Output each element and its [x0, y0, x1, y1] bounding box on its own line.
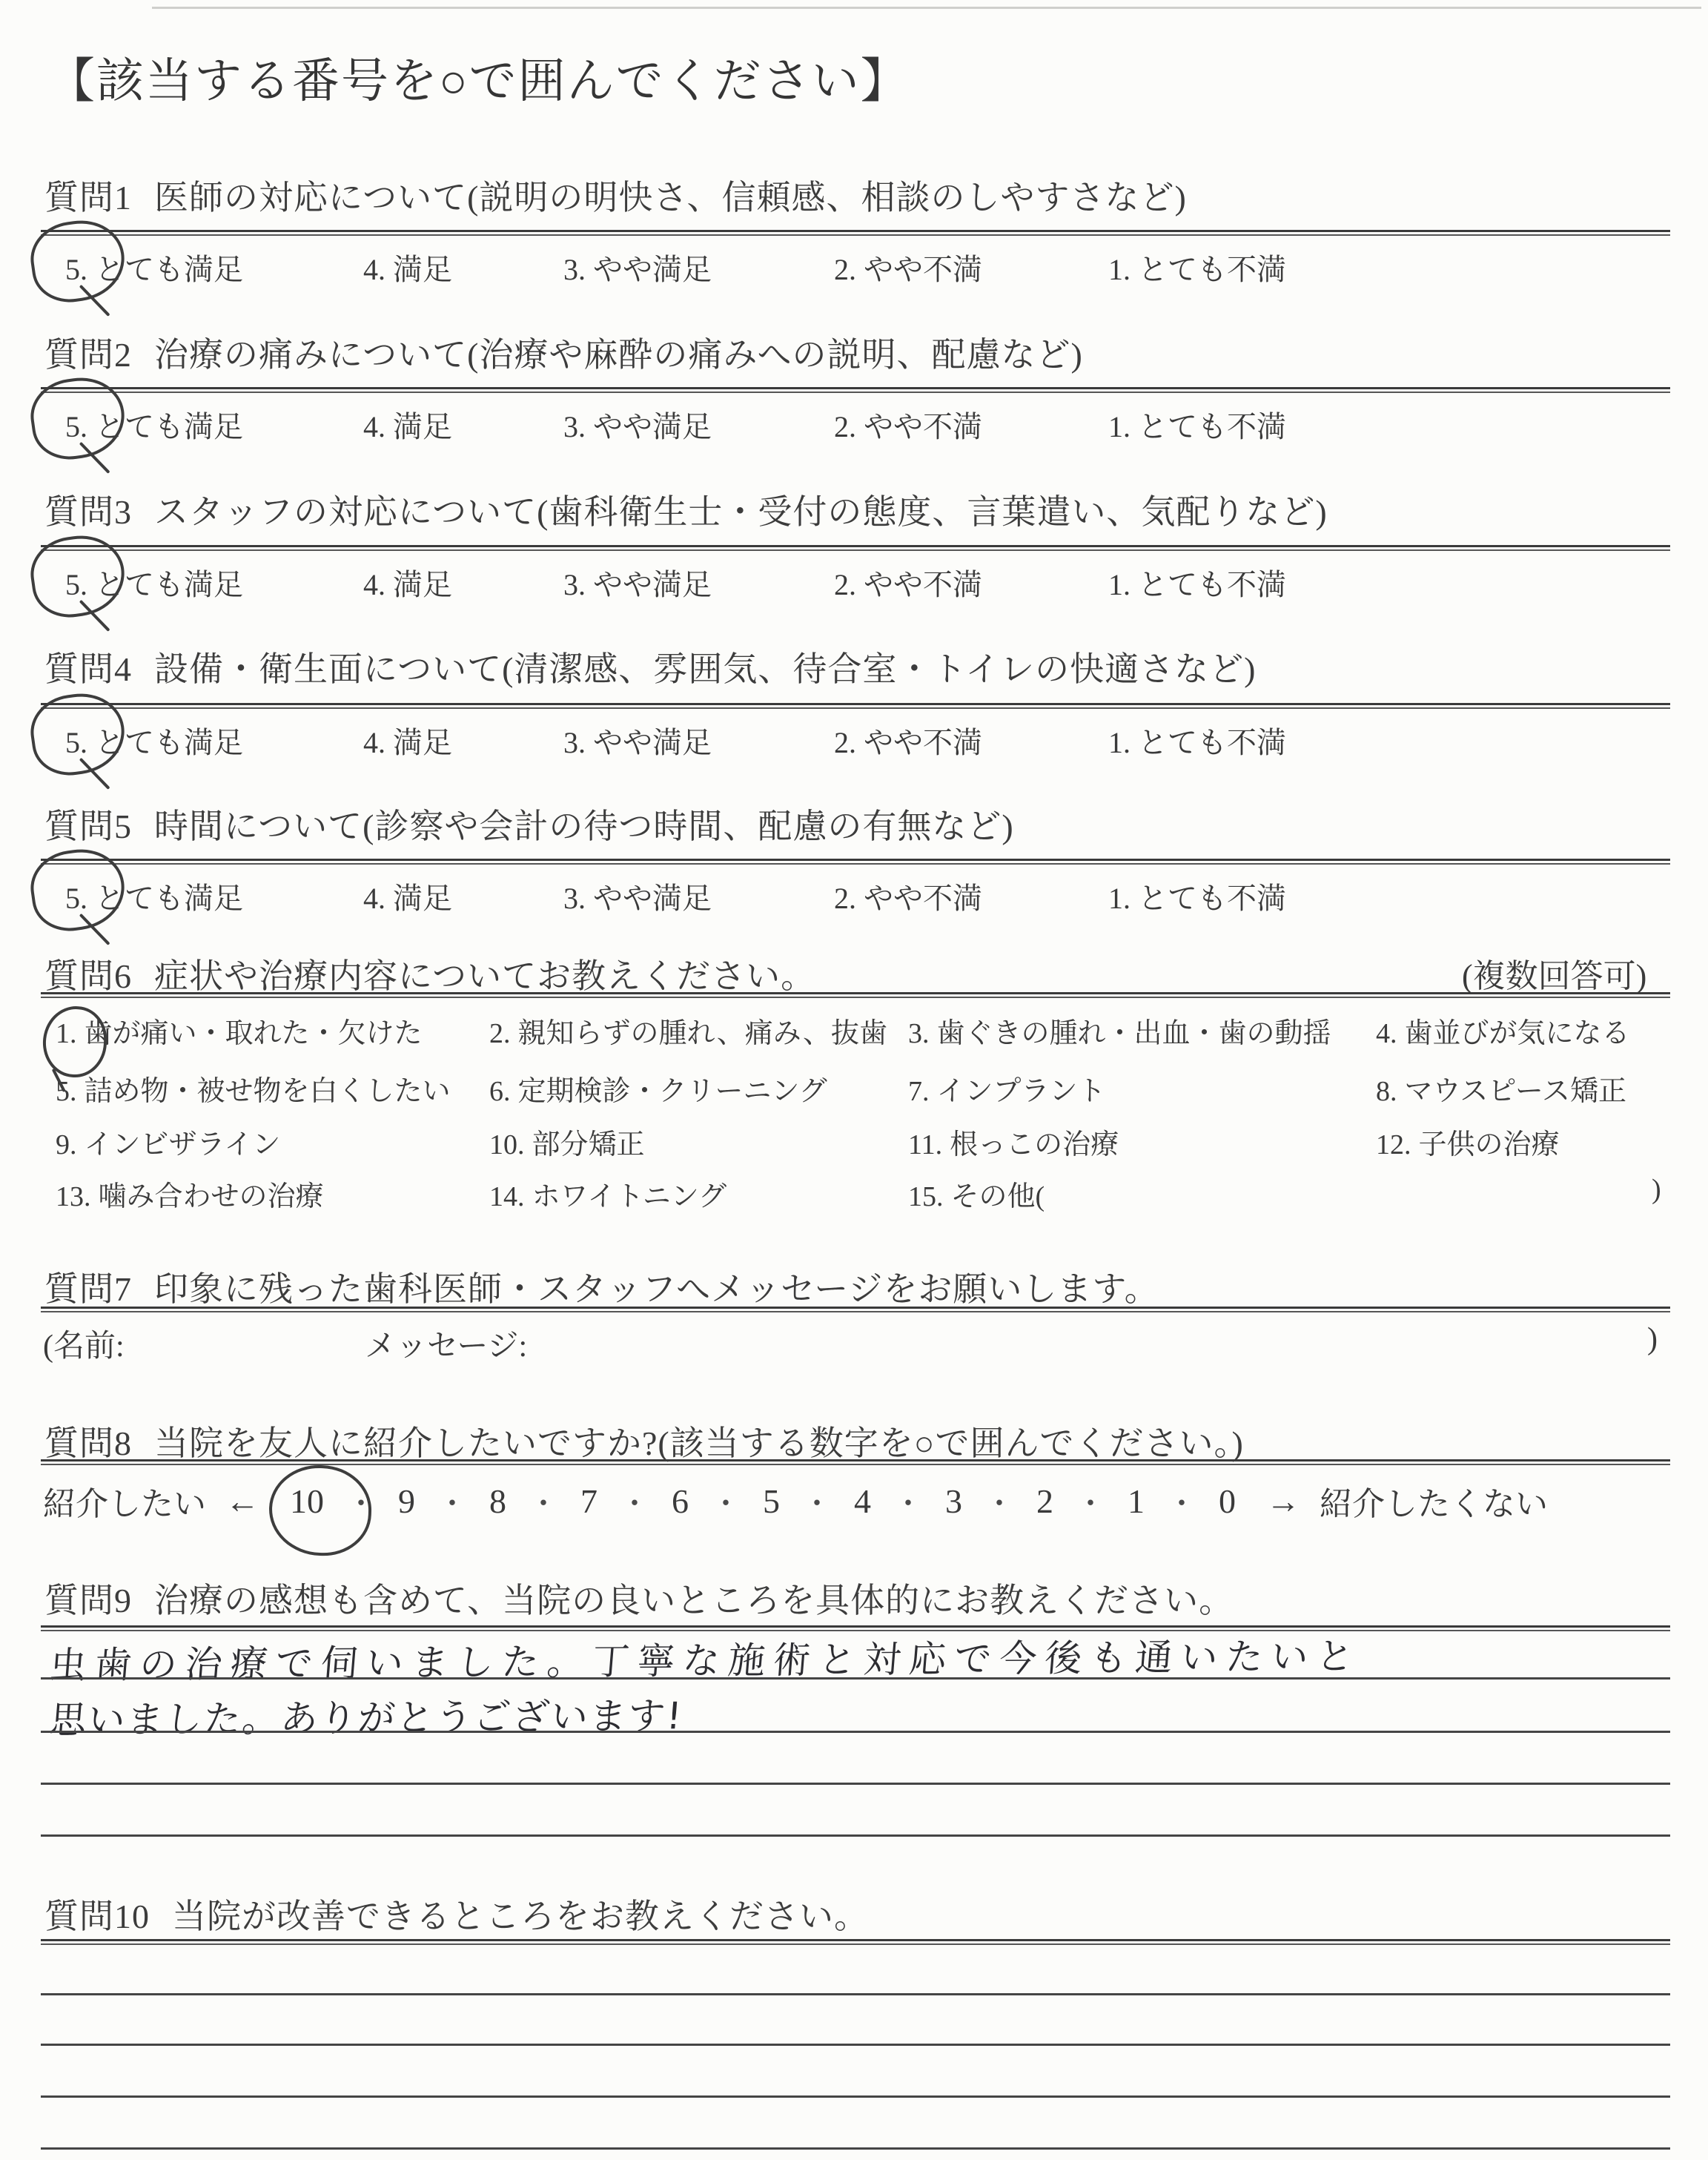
nps-scale-row: 紹介したい ← 10 ・ 9 ・ 8 ・ 7 ・ 6 ・ 5 ・ 4 ・ 3 ・… [43, 1477, 1548, 1525]
q6-option-2: 2.親知らずの腫れ、痛み、抜歯 [489, 1010, 887, 1051]
answer-line [41, 1731, 1670, 1733]
divider-q7 [41, 1307, 1670, 1312]
divider-q10 [41, 1939, 1670, 1945]
q3-option-2: 2.やや不満 [834, 561, 982, 604]
right-arrow-icon: → [1266, 1482, 1300, 1521]
q3-option-1: 1.とても不満 [1108, 561, 1286, 604]
question-8-text: 当院を友人に紹介したいですか?(該当する数字を○で囲んでください。) [154, 1424, 1244, 1462]
q6-option-10: 10.部分矯正 [489, 1121, 645, 1162]
name-field-label: (名前: [43, 1321, 125, 1366]
q4-option-4: 4.満足 [363, 719, 452, 762]
question-4-number: 質問4 [44, 650, 132, 688]
question-3-options: 5.とても満足 4.満足 3.やや満足 2.やや不満 1.とても不満 [41, 561, 1670, 604]
q2-option-1: 1.とても不満 [1108, 403, 1286, 446]
q6-option-7: 7.インプラント [908, 1068, 1106, 1109]
question-3-text: スタッフの対応について(歯科衛生士・受付の態度、言葉遣い、気配りなど) [154, 493, 1328, 531]
q2-option-5: 5.とても満足 [65, 403, 243, 446]
scale-dot: ・ [437, 1480, 467, 1522]
q5-option-2: 2.やや不満 [834, 875, 982, 917]
scale-dot: ・ [984, 1480, 1014, 1522]
question-10-text: 当院が改善できるところをお教えください。 [172, 1898, 869, 1935]
question-4-options: 5.とても満足 4.満足 3.やや満足 2.やや不満 1.とても不満 [41, 719, 1670, 762]
scale-dot: ・ [620, 1480, 649, 1522]
q7-answer-row: (名前: メッセージ: ) [0, 1321, 1708, 1366]
answer-line [41, 1677, 1670, 1680]
answer-line [41, 2044, 1670, 2046]
question-9-number: 質問9 [44, 1582, 132, 1619]
divider-q8 [41, 1459, 1670, 1465]
divider-q2 [41, 387, 1670, 393]
question-8-title: 質問8当院を友人に紹介したいですか?(該当する数字を○で囲んでください。) [44, 1416, 1244, 1465]
scale-right-label: 紹介したくない [1320, 1477, 1548, 1525]
answer-line [41, 2095, 1670, 2098]
q6-option-8: 8.マウスピース矯正 [1376, 1068, 1626, 1109]
scale-3: 3 [945, 1482, 962, 1521]
question-5-options: 5.とても満足 4.満足 3.やや満足 2.やや不満 1.とても不満 [41, 875, 1670, 918]
q4-option-1: 1.とても不満 [1108, 719, 1286, 762]
q2-option-4: 4.満足 [363, 403, 452, 446]
question-1-options: 5.とても満足 4.満足 3.やや満足 2.やや不満 1.とても不満 [41, 246, 1670, 289]
question-5-title: 質問5時間について(診察や会計の待つ時間、配慮の有無など) [44, 799, 1014, 848]
scale-dot: ・ [1167, 1480, 1196, 1522]
q5-option-1: 1.とても不満 [1108, 875, 1286, 917]
scale-7: 7 [580, 1482, 598, 1521]
q6-option-13: 13.噛み合わせの治療 [56, 1173, 324, 1214]
q4-option-5: 5.とても満足 [65, 719, 243, 762]
q6-other-close-paren: ) [1652, 1173, 1661, 1206]
message-field-label: メッセージ: [365, 1321, 527, 1366]
divider-q3 [41, 545, 1670, 551]
divider-q6 [41, 992, 1670, 998]
q3-option-5: 5.とても満足 [65, 561, 243, 604]
handwritten-answer-line-2: 思いました。ありがとうございます! [47, 1686, 685, 1744]
q4-option-2: 2.やや不満 [834, 719, 982, 762]
question-8-number: 質問8 [44, 1424, 132, 1462]
q6-option-14: 14.ホワイトニング [489, 1173, 726, 1214]
question-2-text: 治療の痛みについて(治療や麻酔の痛みへの説明、配慮など) [154, 336, 1083, 374]
scale-dot: ・ [802, 1480, 832, 1522]
question-3-title: 質問3スタッフの対応について(歯科衛生士・受付の態度、言葉遣い、気配りなど) [44, 485, 1328, 534]
question-6-number: 質問6 [44, 957, 132, 995]
close-paren: ) [1647, 1321, 1658, 1357]
question-6-text: 症状や治療内容についてお教えください。 [154, 957, 815, 995]
left-arrow-icon: ← [225, 1482, 259, 1521]
q1-option-3: 3.やや満足 [563, 246, 712, 288]
question-7-text: 印象に残った歯科医師・スタッフへメッセージをお願いします。 [154, 1270, 1159, 1308]
answer-line [41, 1834, 1670, 1837]
q6-option-3: 3.歯ぐきの腫れ・出血・歯の動揺 [908, 1010, 1331, 1051]
answer-line [41, 1783, 1670, 1785]
q6-option-11: 11.根っこの治療 [908, 1121, 1119, 1162]
q6-option-9: 9.インビザライン [56, 1121, 280, 1162]
answer-line [41, 1993, 1670, 1995]
scale-dot: ・ [711, 1480, 741, 1522]
scale-6: 6 [672, 1482, 689, 1521]
scale-0: 0 [1219, 1482, 1236, 1521]
question-2-title: 質問2治療の痛みについて(治療や麻酔の痛みへの説明、配慮など) [44, 328, 1083, 377]
q1-option-5: 5.とても満足 [65, 246, 243, 288]
question-1-title: 質問1医師の対応について(説明の明快さ、信頼感、相談のしやすさなど) [44, 171, 1187, 219]
question-7-number: 質問7 [44, 1270, 132, 1308]
question-10-title: 質問10当院が改善できるところをお教えください。 [44, 1889, 869, 1938]
divider-q1 [41, 230, 1670, 236]
question-5-text: 時間について(診察や会計の待つ時間、配慮の有無など) [154, 807, 1014, 845]
q5-option-3: 3.やや満足 [563, 875, 712, 917]
handwritten-answer-line-1: 虫歯の治療で伺いました。丁寧な施術と対応で今後も通いたいと [47, 1627, 1364, 1689]
question-1-text: 医師の対応について(説明の明快さ、信頼感、相談のしやすさなど) [154, 179, 1187, 217]
q3-option-3: 3.やや満足 [563, 561, 712, 604]
q1-option-1: 1.とても不満 [1108, 246, 1286, 288]
scale-10: 10 [290, 1482, 324, 1521]
option-label: とても満足 [95, 253, 243, 286]
scale-9: 9 [398, 1482, 415, 1521]
q6-option-6: 6.定期検診・クリーニング [489, 1068, 827, 1109]
q1-option-4: 4.満足 [363, 246, 452, 288]
question-3-number: 質問3 [44, 493, 132, 531]
scale-left-label: 紹介したい [43, 1477, 206, 1525]
option-number: 5. [65, 253, 87, 286]
q1-option-2: 2.やや不満 [834, 246, 982, 288]
q3-option-4: 4.満足 [363, 561, 452, 604]
question-2-number: 質問2 [44, 336, 132, 374]
q6-option-12: 12.子供の治療 [1376, 1121, 1560, 1162]
q6-option-5: 5.詰め物・被せ物を白くしたい [56, 1068, 451, 1109]
scale-8: 8 [489, 1482, 506, 1521]
scale-dot: ・ [1076, 1480, 1105, 1522]
scale-4: 4 [854, 1482, 871, 1521]
scale-dot: ・ [529, 1480, 558, 1522]
q5-option-5: 5.とても満足 [65, 875, 243, 917]
scale-2: 2 [1036, 1482, 1053, 1521]
form-instruction-title: 【該当する番号を○で囲んでください】 [47, 43, 910, 111]
q6-option-15: 15.その他( [908, 1173, 1045, 1214]
question-5-number: 質問5 [44, 807, 132, 845]
q2-option-2: 2.やや不満 [834, 403, 982, 446]
scale-5: 5 [763, 1482, 780, 1521]
question-4-text: 設備・衛生面について(清潔感、雰囲気、待合室・トイレの快適さなど) [154, 650, 1256, 688]
q5-option-4: 4.満足 [363, 875, 452, 917]
question-6-title: 質問6症状や治療内容についてお教えください。 [44, 949, 815, 998]
q2-option-3: 3.やや満足 [563, 403, 712, 446]
scale-dot: ・ [346, 1480, 376, 1522]
answer-line [41, 2147, 1670, 2150]
question-2-options: 5.とても満足 4.満足 3.やや満足 2.やや不満 1.とても不満 [41, 403, 1670, 446]
scan-edge-artifact [152, 7, 1701, 9]
question-9-title: 質問9治療の感想も含めて、当院の良いところを具体的にお教えください。 [44, 1573, 1234, 1622]
question-7-title: 質問7印象に残った歯科医師・スタッフへメッセージをお願いします。 [44, 1262, 1159, 1311]
survey-form-page: 【該当する番号を○で囲んでください】 質問1医師の対応について(説明の明快さ、信… [0, 0, 1708, 2160]
scale-1: 1 [1128, 1482, 1145, 1521]
scale-dot: ・ [893, 1480, 923, 1522]
q6-option-4: 4.歯並びが気になる [1376, 1010, 1630, 1051]
divider-q4 [41, 703, 1670, 709]
question-9-text: 治療の感想も含めて、当院の良いところを具体的にお教えください。 [154, 1582, 1234, 1619]
question-1-number: 質問1 [44, 179, 132, 217]
question-4-title: 質問4設備・衛生面について(清潔感、雰囲気、待合室・トイレの快適さなど) [44, 642, 1256, 691]
divider-q5 [41, 859, 1670, 865]
multiple-answers-note: (複数回答可) [1462, 949, 1646, 997]
q4-option-3: 3.やや満足 [563, 719, 712, 762]
q6-option-1: 1.歯が痛い・取れた・欠けた [56, 1010, 423, 1051]
question-10-number: 質問10 [44, 1898, 150, 1935]
